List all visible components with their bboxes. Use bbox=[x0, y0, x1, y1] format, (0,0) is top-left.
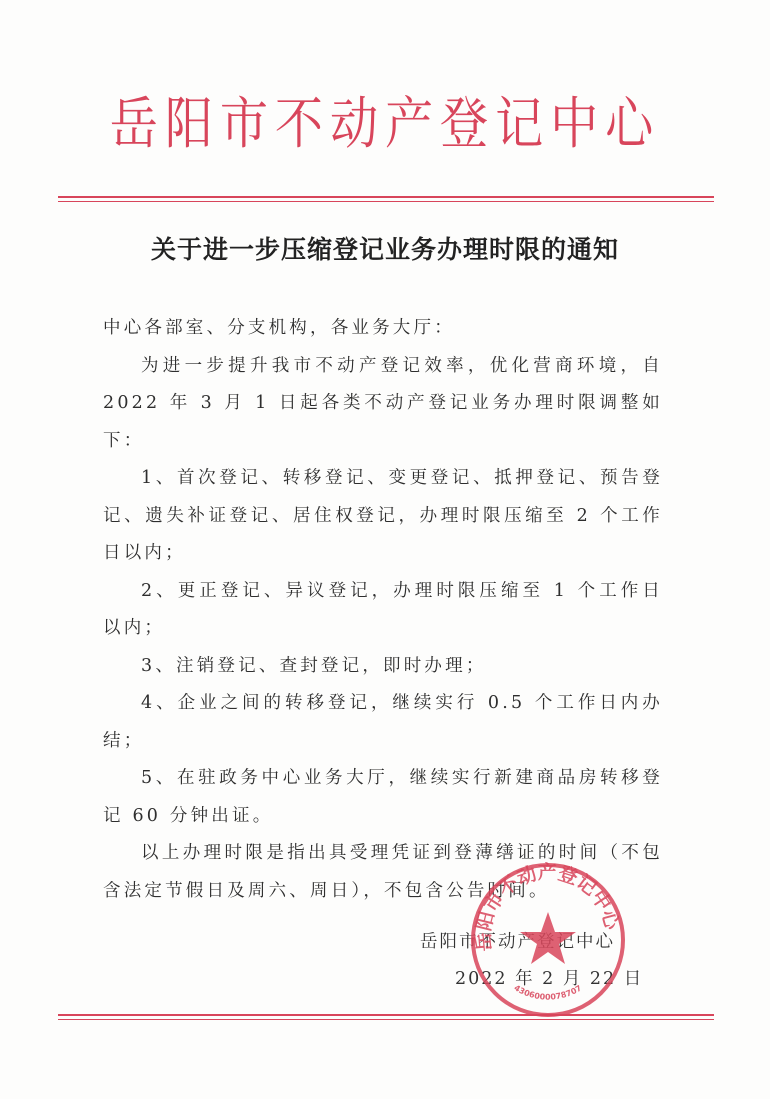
official-seal-icon: 岳阳市不动产登记中心 4306000078707 bbox=[468, 860, 628, 1020]
salutation: 中心各部室、分支机构，各业务大厅： bbox=[103, 310, 663, 348]
footer-rule bbox=[58, 1014, 714, 1016]
header-rule-thin bbox=[58, 201, 714, 202]
header-rule bbox=[58, 196, 714, 198]
paragraph-intro: 为进一步提升我市不动产登记效率，优化营商环境，自2022 年 3 月 1 日起各… bbox=[103, 348, 663, 461]
paragraph-item-4: 4、企业之间的转移登记，继续实行 0.5 个工作日内办结； bbox=[103, 685, 663, 760]
notice-title: 关于进一步压缩登记业务办理时限的通知 bbox=[0, 230, 770, 266]
paragraph-item-3: 3、注销登记、查封登记，即时办理； bbox=[103, 648, 663, 686]
footer-rule-thin bbox=[58, 1019, 714, 1020]
paragraph-item-5: 5、在驻政务中心业务大厅，继续实行新建商品房转移登记 60 分钟出证。 bbox=[103, 760, 663, 835]
paragraph-item-2: 2、更正登记、异议登记，办理时限压缩至 1 个工作日以内； bbox=[103, 573, 663, 648]
org-header: 岳阳市不动产登记中心 bbox=[54, 90, 716, 160]
document-page: 岳阳市不动产登记中心 关于进一步压缩登记业务办理时限的通知 中心各部室、分支机构… bbox=[0, 0, 770, 1099]
paragraph-item-1: 1、首次登记、转移登记、变更登记、抵押登记、预告登记、遗失补证登记、居住权登记，… bbox=[103, 460, 663, 573]
svg-text:4306000078707: 4306000078707 bbox=[512, 983, 583, 1001]
notice-body: 中心各部室、分支机构，各业务大厅： 为进一步提升我市不动产登记效率，优化营商环境… bbox=[103, 310, 663, 910]
